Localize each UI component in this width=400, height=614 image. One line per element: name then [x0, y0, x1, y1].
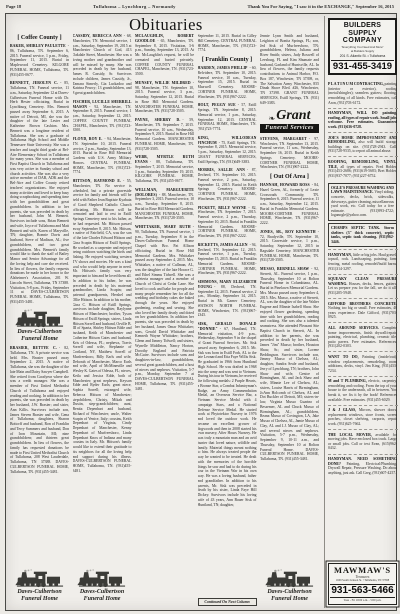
classified-ad: THE LOCAL MOVER, available for moving jo… [328, 429, 398, 453]
obituary-body: - 57, Estill Springs, TN. September 8, 2… [198, 103, 257, 131]
obituary-body: - 86, Tullahoma, TN. September 6, 2015. … [10, 44, 69, 77]
obituary-body: - 97, Winchester, TN. September 13, 2015… [260, 137, 319, 170]
classified-lead: HANDYMAN, WILL DO [328, 111, 378, 115]
obituary-name: MUSSO, BERNELL SHAW [260, 267, 309, 271]
classified-lead: J & J GLASS, [328, 408, 356, 412]
obituary-column: MCLAUGHLIN, ROBERT GOODLOE- 65, Manchest… [135, 34, 194, 606]
column-text: CASSIDY, REBECCA ANN- 68, Manchester, TN… [73, 34, 132, 560]
county-section-header: [ Coffee County ] [10, 35, 69, 41]
classified-ad: GIFFORD BROTHERS CONCRETE. Nothing too b… [328, 298, 398, 322]
obituary-body: - 88, Manchester, TN. September 3, 2015.… [135, 193, 194, 221]
classified-ad: ALL AROUND SERVICES. Complete home impro… [328, 322, 398, 351]
continued-note: Continued On Next Column [198, 598, 257, 606]
locomotive-icon [10, 569, 69, 589]
obituary-entry: HOLT, PEGGY SUE- 57, Estill Springs, TN.… [198, 103, 257, 132]
classified-ad: JOE'S HOME IMPROVEMENT AND REMODELING, a… [328, 132, 398, 156]
obituary-entry: HANNAH, HOWARD ROSS- 84, Hazel Green, AL… [260, 183, 319, 226]
classified-lead: THE LOCAL MOVER, [328, 433, 372, 437]
obituary-entry: SIMMONS, MARY ELIZABETH YOUNG- 88, Deche… [198, 280, 257, 318]
obituary-entry: BENNETT, JEROLYN C.- 85, Tullahoma, TN. … [10, 81, 69, 304]
mawmaws-ad: MAWMAW'S Treasures 1609 South Jackson St… [328, 563, 397, 605]
obituary-name: HOLT, PEGGY SUE [198, 103, 236, 107]
classified-lead: HANDYMAN, [328, 253, 352, 257]
obituary-entry: RICKETTS, JAMES ALLEN- 94, Decherd, TN. … [198, 243, 257, 276]
obituary-body: - 84, Hazel Green, AL, formerly of Lexie… [260, 183, 319, 225]
classified-body: all types of repairs. Fred Holder, (931)… [328, 165, 397, 178]
obituary-name: HITTSON, RAYMOND E. [73, 179, 122, 183]
obituary-body: - 90, Tullahoma, TN. Funeral service, 1 … [135, 225, 194, 391]
obituary-entry: WHITTAKER, MARY RUTH- 90, Tullahoma, TN.… [135, 225, 194, 391]
obituaries-section-box: Obituaries [ Coffee County ]BAKER, SHIRL… [5, 13, 397, 611]
ad-hours: Tues - Fri 10:00 a.m. - 5:00 p.m. [330, 598, 395, 602]
obituary-body: - 55, Manchester, TN. No service is sche… [73, 179, 132, 473]
funeral-home-name: Grant [276, 109, 310, 123]
locomotive-icon [10, 309, 69, 329]
obituary-body: - 87, Decherd, TN. September 10, 2015. F… [198, 168, 257, 201]
obituary-column: September 11, 2015. Burial in Gilley Hil… [198, 34, 257, 606]
obituary-name: PICKETT, BILLY WAYNE [198, 206, 247, 210]
obituary-entry: KING, WILLODEAN FINCHUM- 75, Estill Spri… [198, 136, 257, 165]
obituary-name: MUNSEY, WILLIE MILDRED [135, 81, 191, 85]
advertiser-name: BUILDERS SUPPLY [331, 22, 394, 37]
obituary-body: - 98, Manchester, TN. September 10, 2015… [135, 81, 194, 114]
locomotive-icon [73, 569, 132, 589]
ad-phone: 931-563-5466 [330, 584, 395, 598]
classified-ad: HANDYMAN, little or big jobs. Haul grave… [328, 249, 398, 273]
obituary-body: - 94, Decherd, TN. September 12, 2015. F… [198, 243, 257, 276]
ad-address: 201 S. Atlantic St. • Tullahoma [331, 54, 394, 59]
obituary-name: BAKER, SHIRLEY PAULETTE [10, 44, 66, 48]
obituary-name: JONES, SR., ROY KENNETH [260, 230, 316, 234]
funeral-home-name-2: Funeral Home [260, 596, 319, 603]
county-section-header: [ Out Of Area ] [260, 174, 319, 180]
obituary-body: - 88, Decherd, TN. September 12, 2015. F… [198, 285, 257, 318]
funeral-home-name: Daves-Culbertson [10, 329, 69, 336]
classified-ad: OGLE'S PRESSURE WASHING AND LAWN MAINTEN… [328, 183, 397, 221]
column-text: September 11, 2015. Burial in Gilley Hil… [198, 34, 257, 593]
classified-lead: GIFFORD BROTHERS CONCRETE. [328, 302, 397, 306]
obituary-name: BENNETT, JEROLYN C. [10, 81, 58, 85]
obituary-name: HANNAH, HOWARD ROSS [260, 183, 310, 187]
classified-ad: M and T PLUMBING, electric, carpentry, r… [328, 376, 398, 405]
obituary-body: - 60, Belvidere, TN. September 10, 2015.… [198, 66, 257, 99]
slogan-date: Thank You For Saying, "I saw it in the E… [247, 4, 394, 9]
obituary-body: - 65, Manchester, TN. September 8, 2015.… [135, 39, 194, 76]
obituary-entry: BRASIER, BETTYE C.- 82, Tullahoma, TN. A… [10, 346, 69, 474]
daves-culbertson-funeral-home-ad: Daves-CulbertsonFuneral Home [10, 309, 69, 343]
obituary-entry: JONES, SR., ROY KENNETH- 72, Bradyville,… [260, 230, 319, 263]
obituary-continuation: September 11, 2015. Burial in Gilley Hil… [198, 34, 257, 53]
classified-ad: CHAMPS SEPTIC TANK. Storm shelters (3" t… [328, 223, 397, 247]
obituary-entry: HITTSON, RAYMOND E.- 55, Manchester, TN.… [73, 179, 132, 474]
classified-ad: SQUEAKY CLEAN PRESSURE WASHING. Houses, … [328, 274, 398, 298]
classified-ad: WANT TO DO, Painting (inside/out), windo… [328, 351, 398, 375]
classified-ad: J & J GLASS, Mirrors, shower doors, repl… [328, 405, 398, 429]
obituary-entry: MUSSO, BERNELL SHAW- 92, Sterrett, AL. F… [260, 267, 319, 462]
column-text: Jennie Lynn Smith and husband, Leighton … [260, 34, 319, 560]
classified-ad: ROOFING, REMODELING, VINYL, TILE, all ty… [328, 156, 398, 180]
obituary-continuation: Jennie Lynn Smith and husband, Leighton … [260, 34, 319, 105]
locomotive-icon [260, 569, 319, 589]
grant-funeral-services-ad: ❧GrantFuneral Services [260, 109, 319, 133]
obituary-body: - 92, Sterrett, AL. Funeral service, 1 p… [260, 267, 319, 461]
newspaper-page: Page 18 Tullahoma – Lynchburg – Normandy… [0, 0, 400, 614]
obituary-body: - 59, Manchester, TN. September 7, 2015.… [135, 118, 194, 151]
obituary-column: Jennie Lynn Smith and husband, Leighton … [260, 34, 319, 606]
column-text: [ Coffee County ]BAKER, SHIRLEY PAULETTE… [10, 34, 69, 560]
ad-phone: 931-455-3419 [331, 60, 394, 73]
obituary-body: - 67, Huntland, TN. Memorial visitation,… [198, 327, 257, 507]
obituary-name: STEVENS, MARGARET [260, 137, 307, 141]
obituary-entry: HARDEN, JAMES PHILLIP- 60, Belvidere, TN… [198, 66, 257, 99]
obituary-entry: PICKETT, BILLY WAYNE- 82, Winchester, TN… [198, 206, 257, 239]
obituary-entry: MUNSEY, WILLIE MILDRED- 98, Manchester, … [135, 81, 194, 114]
advertiser-name-2: COMPANY [331, 37, 394, 45]
classified-lead: CHAMPS SEPTIC TANK. [331, 226, 380, 230]
funeral-home-name: Daves-Culbertson [260, 589, 319, 596]
advertiser-name: MAWMAW'S [330, 566, 395, 575]
classifieds-rail: BUILDERS SUPPLY COMPANY "Everything You … [324, 16, 398, 608]
obituary-entry: PAYNE, SHERRY D.- 59, Manchester, TN. Se… [135, 118, 194, 151]
obituary-entry: MORRIS, SALLIE ANN- 87, Decherd, TN. Sep… [198, 168, 257, 201]
classified-body: Vinyl siding, concrete, decks, brick, si… [331, 190, 394, 217]
obituary-column: CASSIDY, REBECCA ANN- 68, Manchester, TN… [73, 34, 132, 606]
obituary-entry: WEBB, MYRTLE RUTH EVANS- 88, Tullahoma, … [135, 155, 194, 184]
county-section-header: [ Franklin County ] [198, 57, 257, 63]
obituary-entry: MCLAUGHLIN, ROBERT GOODLOE- 65, Manchest… [135, 34, 194, 77]
obituary-entry: CASSIDY, REBECCA ANN- 68, Manchester, TN… [73, 34, 132, 96]
obituary-name: RICKETTS, JAMES ALLEN [198, 243, 248, 247]
builders-supply-ad: BUILDERS SUPPLY COMPANY "Everything You … [328, 18, 397, 75]
obituary-name: HARDEN, JAMES PHILLIP [198, 66, 248, 70]
funeral-home-name-2: Funeral Home [10, 336, 69, 343]
obituary-body: - 68, Manchester, TN. Memorial service, … [73, 34, 132, 95]
classified-lead: P L A T I N U M CONTRACTING, [328, 82, 384, 86]
daves-culbertson-funeral-home-ad: Daves-CulbertsonFuneral Home [73, 569, 132, 603]
obituary-entry: WELLMAN, MARGUERITE (DOLORES)- 88, Manch… [135, 188, 194, 221]
classified-body: Nothing too big or small. Free estimates… [328, 306, 397, 319]
funeral-home-name: Daves-Culbertson [10, 589, 69, 596]
classified-ads-list: P L A T I N U M CONTRACTING, painting (i… [328, 80, 398, 478]
obituary-body: - 72, Bradyville, TN. September 10, 2015… [260, 230, 319, 263]
running-header: Page 18 Tullahoma – Lynchburg – Normandy… [6, 2, 394, 11]
obituary-name: BRASIER, BETTYE C. [10, 346, 57, 350]
classified-lead: M and T PLUMBING, [328, 379, 367, 383]
obituary-name: PAYNE, SHERRY D. [135, 118, 180, 122]
classified-lead: ALL AROUND SERVICES. [328, 326, 379, 330]
daves-culbertson-funeral-home-ad: Daves-CulbertsonFuneral Home [10, 569, 69, 603]
obituary-name: MORRIS, SALLIE ANN [198, 168, 245, 172]
classified-ad: P L A T I N U M CONTRACTING, painting (i… [328, 80, 398, 108]
classified-ad: HANDYMAN, WILL DO painting, roofing, all… [328, 108, 398, 132]
edition-areas: Tullahoma – Lynchburg – Normandy [93, 4, 176, 9]
column-text: MCLAUGHLIN, ROBERT GOODLOE- 65, Manchest… [135, 34, 194, 606]
page-number: Page 18 [6, 4, 21, 9]
classified-lead: WANT TO DO, [328, 355, 359, 359]
obituary-entry: STEVENS, MARGARET- 97, Winchester, TN. S… [260, 137, 319, 170]
fleuron-icon: ❧ [269, 115, 276, 123]
obituary-body: - 82, Tullahoma, TN. A private service w… [10, 346, 69, 474]
obituary-body: - 85, Tullahoma, TN. Funeral service, 11… [10, 81, 69, 304]
funeral-home-name: Daves-Culbertson [73, 589, 132, 596]
funeral-home-name-2: Funeral Home [10, 596, 69, 603]
obituary-body: - 92, Manchester, TN. September 8, 2015.… [73, 105, 132, 133]
obituary-name: WHITTAKER, MARY RUTH [135, 225, 191, 229]
obituary-entry: FLOYD, ROY E.- 94, Manchester, TN. Septe… [73, 137, 132, 175]
obituary-entry: FISCHER, LUCILLE SHERRILL MASON- 92, Man… [73, 100, 132, 133]
obituary-name: CASSIDY, REBECCA ANN [73, 34, 122, 38]
obituary-entry: SISK, GERALD DONALD "DONNIE"- 67, Huntla… [198, 322, 257, 507]
classified-ad: HANDYMAN. NEED SOMETHING DONE? Painting,… [328, 454, 398, 478]
daves-culbertson-funeral-home-ad: Daves-CulbertsonFuneral Home [260, 569, 319, 603]
obituary-body: - 94, Manchester, TN. September 10, 2015… [73, 137, 132, 174]
obituary-body: - 82, Winchester, TN. September 7, 2015.… [198, 206, 257, 239]
obituary-name: FLOYD, ROY E. [73, 137, 103, 141]
obituary-column: [ Coffee County ]BAKER, SHIRLEY PAULETTE… [10, 34, 69, 606]
ad-address: 1609 South Jackson St. • Tullahoma, TN 3… [330, 579, 395, 583]
funeral-home-name-2: Funeral Home [73, 596, 132, 603]
page-title: Obituaries [10, 15, 322, 35]
funeral-home-banner: Funeral Services [260, 124, 319, 133]
obituary-entry: BAKER, SHIRLEY PAULETTE- 86, Tullahoma, … [10, 44, 69, 77]
